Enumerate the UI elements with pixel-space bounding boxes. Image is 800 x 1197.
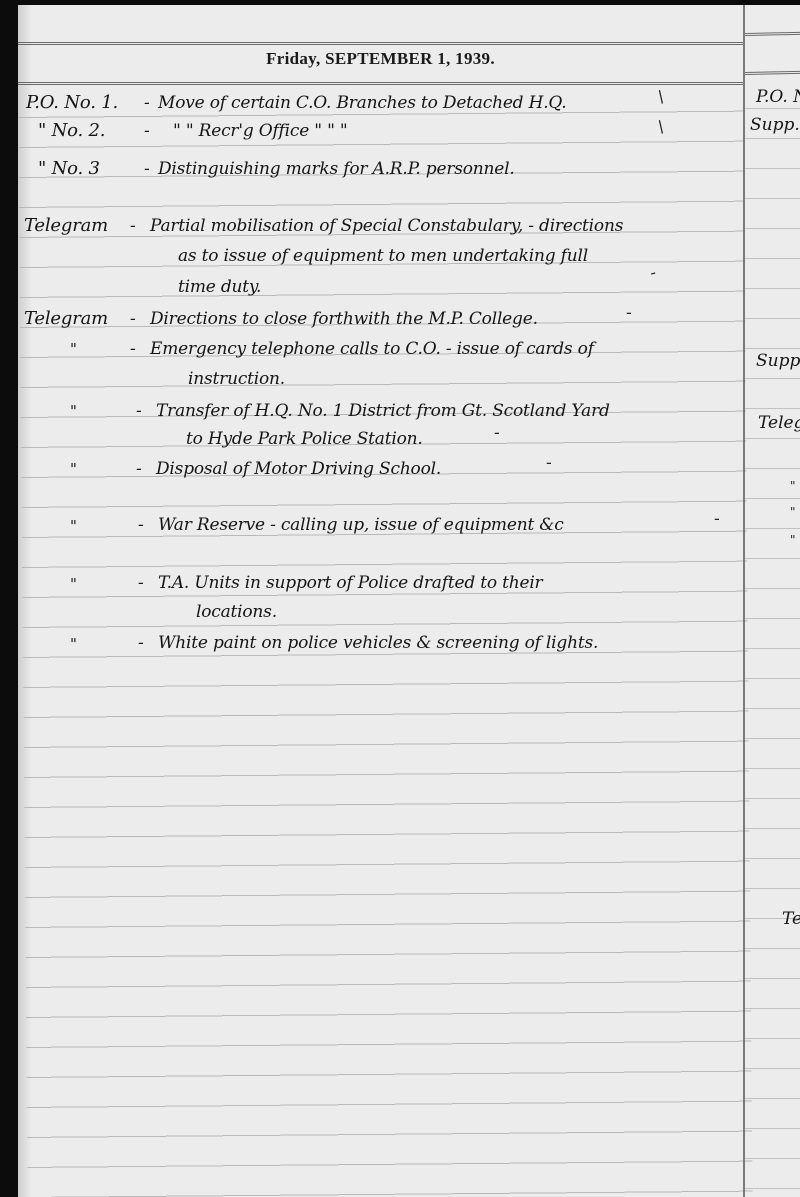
entry-dash: - [144,159,150,179]
entry-text: locations. [196,602,277,622]
facing-page-fragment: " [790,505,796,519]
facing-ruled-lines [745,80,800,1197]
entry-text: Disposal of Motor Driving School. [156,459,441,479]
entry-text: time duty. [178,277,261,297]
entry-text: T.A. Units in support of Police drafted … [158,573,543,593]
entry-dash: - [136,401,142,421]
entry-text: White paint on police vehicles & screeni… [158,633,598,653]
entry-text: Partial mobilisation of Special Constabu… [150,216,623,236]
entry-label: P.O. No. 1. [26,92,118,113]
entry-text: to Hyde Park Police Station. [186,429,423,449]
diary-entries: P.O. No. 1. - Move of certain C.O. Branc… [18,5,743,1197]
check-mark: / [654,87,668,106]
entry-dash: - [138,515,144,535]
check-mark: - [626,303,632,322]
entry-label: " [70,575,77,593]
facing-page-fragment: " [790,533,796,547]
facing-page-fragment: Teleg [758,413,800,433]
check-mark: / [654,117,668,136]
facing-page-fragment: Supp [756,351,800,371]
entry-text: Directions to close forthwith the M.P. C… [150,309,538,329]
entry-dash: - [130,216,136,236]
facing-header-rule-bottom [745,71,800,75]
entry-dash: - [138,573,144,593]
book-spine [743,5,745,1197]
check-mark: - [546,453,552,472]
entry-text: instruction. [188,369,285,389]
facing-page-fragment: P.O. N [756,87,800,107]
entry-label: Telegram [24,215,108,236]
entry-text: War Reserve - calling up, issue of equip… [158,515,564,535]
diary-page: Friday, SEPTEMBER 1, 1939. P.O. No. 1. -… [18,5,800,1197]
entry-dash: - [138,633,144,653]
entry-dash: - [144,121,150,141]
entry-dash: - [130,309,136,329]
entry-label: " [70,460,77,478]
entry-text: Emergency telephone calls to C.O. - issu… [150,339,594,359]
entry-label: " [70,402,77,420]
facing-page-fragment: " [790,479,796,493]
facing-header-rule-top [745,32,800,36]
check-mark: - [494,423,500,442]
check-mark: - [714,509,720,528]
facing-page-fragment: Supp. [750,115,800,135]
entry-label: " [70,517,77,535]
entry-label: " No. 2. [38,120,105,141]
entry-text: Distinguishing marks for A.R.P. personne… [158,159,515,179]
entry-dash: - [130,339,136,359]
entry-dash: - [136,459,142,479]
entry-text: Move of certain C.O. Branches to Detache… [158,93,567,113]
entry-text: " " Recr'g Office " " " [173,121,348,141]
check-mark: - [648,263,659,283]
entry-dash: - [144,93,150,113]
entry-text: as to issue of equipment to men undertak… [178,246,588,266]
facing-page-fragment: Te [782,909,800,929]
entry-label: Telegram [24,308,108,329]
entry-label: " No. 3 [38,158,100,179]
entry-label: " [70,635,77,653]
entry-label: " [70,340,77,358]
entry-text: Transfer of H.Q. No. 1 District from Gt.… [156,401,610,421]
